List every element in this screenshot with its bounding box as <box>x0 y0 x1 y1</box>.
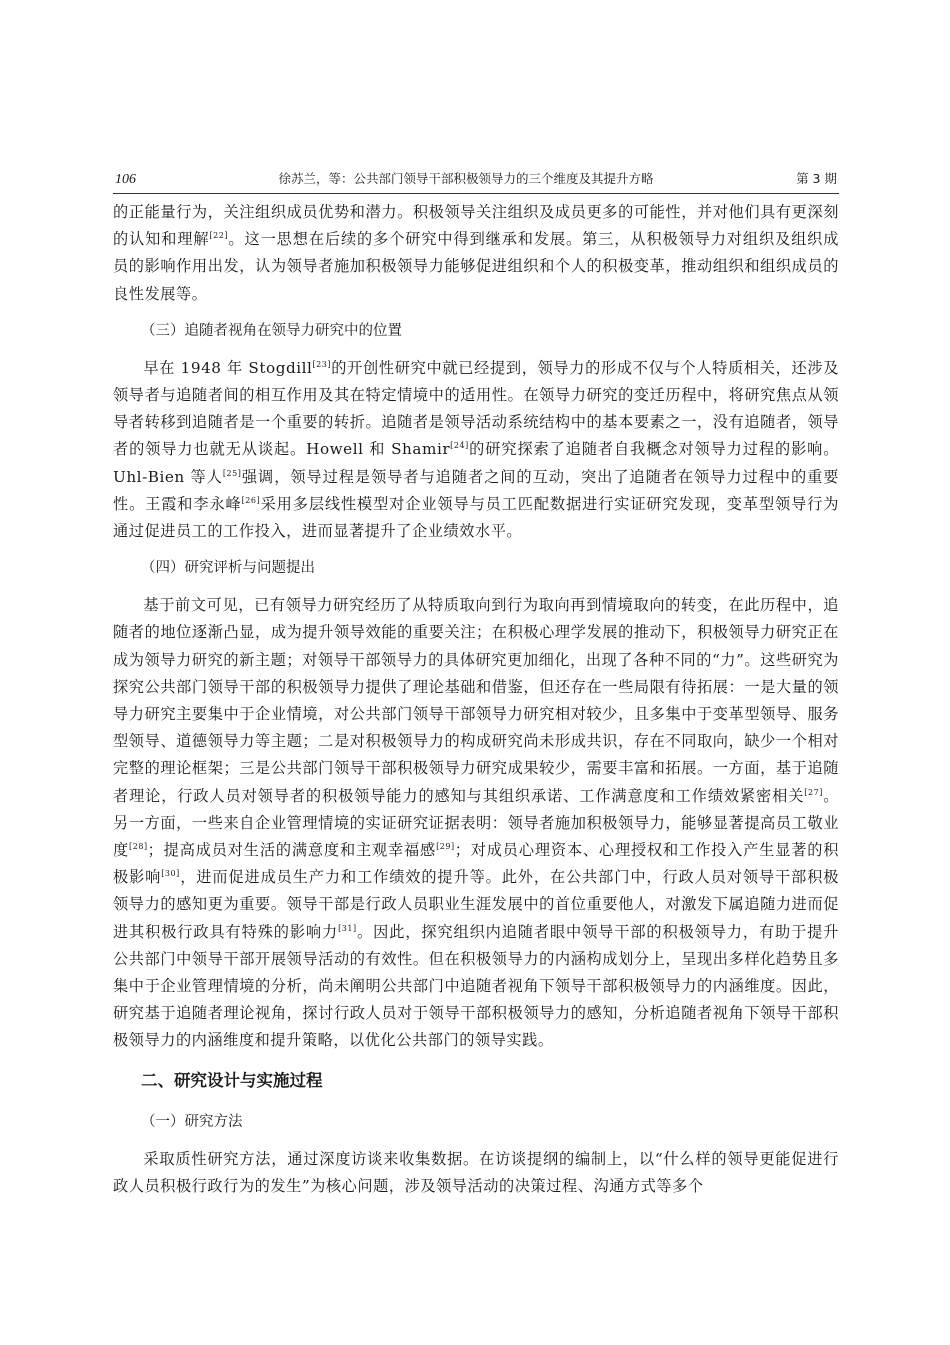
paragraph-text: 。因此，探究组织内追随者眼中领导干部的积极领导力，有助于提升公共部门中领导干部开… <box>113 923 839 1050</box>
article-title: 徐苏兰，等：公共部门领导干部积极领导力的三个维度及其提升方略 <box>279 168 654 190</box>
subsection-heading-3: （三）追随者视角在领导力研究中的位置 <box>141 318 839 345</box>
paragraph-continued: 的正能量行为，关注组织成员优势和潜力。积极领导关注组织及成员更多的可能性，并对他… <box>113 199 839 308</box>
paragraph-text: 基于前文可见，已有领导力研究经历了从特质取向到行为取向再到情境取向的转变，在此历… <box>113 596 839 804</box>
citation: [23] <box>312 360 331 369</box>
citation: [30] <box>161 869 180 878</box>
citation: [24] <box>450 441 469 450</box>
paragraph-text: 早在 1948 年 Stogdill <box>143 359 312 377</box>
page-number: 106 <box>115 169 136 191</box>
citation: [28] <box>129 842 148 851</box>
subsection-heading-4: （四）研究评析与问题提出 <box>141 555 839 582</box>
journal-page: 106 徐苏兰，等：公共部门领导干部积极领导力的三个维度及其提升方略 第 3 期… <box>113 168 839 1200</box>
paragraph-text: 。这一思想在后续的多个研究中得到继承和发展。第三，从积极领导力对组织及组织成员的… <box>113 230 839 302</box>
citation: [26] <box>242 496 261 505</box>
paragraph-text: ；提高成员对生活的满意度和主观幸福感 <box>148 841 436 859</box>
paragraph-review: 基于前文可见，已有领导力研究经历了从特质取向到行为取向再到情境取向的转变，在此历… <box>113 592 839 1054</box>
citation: [22] <box>209 231 228 240</box>
paragraph-method: 采取质性研究方法，通过深度访谈来收集数据。在访谈提纲的编制上，以“什么样的领导更… <box>113 1146 839 1200</box>
citation: [27] <box>804 788 823 797</box>
running-head: 106 徐苏兰，等：公共部门领导干部积极领导力的三个维度及其提升方略 第 3 期 <box>113 168 839 194</box>
citation: [31] <box>338 924 357 933</box>
citation: [29] <box>436 842 455 851</box>
paragraph-follower-perspective: 早在 1948 年 Stogdill[23]的开创性研究中就已经提到，领导力的形… <box>113 355 839 545</box>
citation: [25] <box>223 469 242 478</box>
issue-number: 第 3 期 <box>796 168 837 190</box>
subsection-heading-method: （一）研究方法 <box>141 1109 839 1136</box>
section-heading-2: 二、研究设计与实施过程 <box>141 1067 839 1095</box>
article-body: 的正能量行为，关注组织成员优势和潜力。积极领导关注组织及成员更多的可能性，并对他… <box>113 199 839 1200</box>
